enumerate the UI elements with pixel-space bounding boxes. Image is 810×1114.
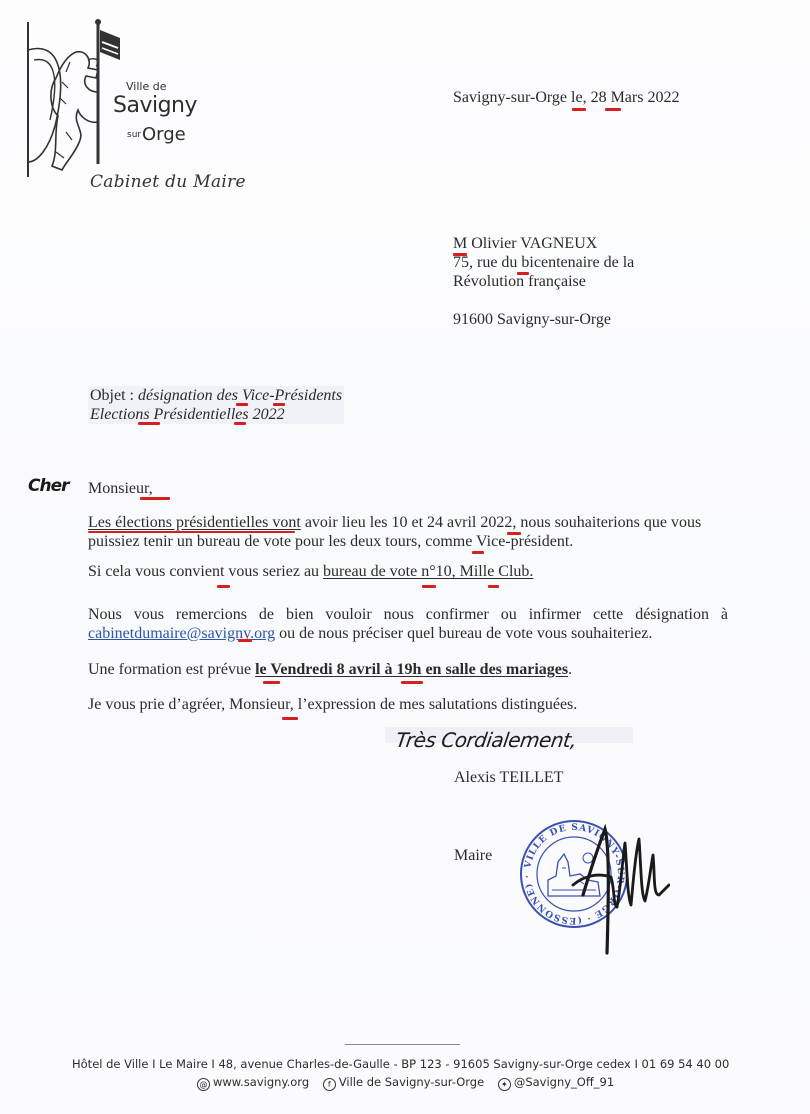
subject-line2: Elections Présidentielles 2022 xyxy=(90,405,342,424)
body-paragraph-2: Si cela vous convient vous seriez au bur… xyxy=(88,562,533,581)
date-line: Savigny-sur-Orge le, 28 Mars 2022 xyxy=(453,88,679,107)
handwritten-closing: Très Cordialement, xyxy=(394,728,578,752)
polling-station: bureau de vote n°10, Mille Club. xyxy=(323,563,533,580)
footer-contacts: @www.savigny.org fVille de Savigny-sur-O… xyxy=(197,1075,614,1091)
facebook-icon: f xyxy=(323,1078,336,1091)
signer-title: Maire xyxy=(454,846,492,865)
annotation-mark xyxy=(282,717,298,720)
logo-ville-de: Ville de xyxy=(126,80,166,93)
footer-website[interactable]: www.savigny.org xyxy=(213,1075,309,1089)
annotation-mark xyxy=(88,531,295,533)
department-heading: Cabinet du Maire xyxy=(90,172,246,192)
body-paragraph-4: Une formation est prévue le Vendredi 8 a… xyxy=(88,660,572,679)
signature-icon xyxy=(565,815,670,955)
annotation-mark xyxy=(517,272,529,275)
annotation-mark xyxy=(507,532,521,535)
annotation-mark xyxy=(140,497,170,500)
underlined-phrase: Les élections présidentielles vont xyxy=(88,514,301,531)
logo-orge: Orge xyxy=(142,124,186,145)
footer-facebook[interactable]: Ville de Savigny-sur-Orge xyxy=(339,1075,484,1089)
letter-page: Ville de Savigny sur Orge Cabinet du Mai… xyxy=(0,0,810,1114)
annotation-mark xyxy=(472,551,484,554)
logo-sur: sur xyxy=(127,130,141,140)
recipient-name: M Olivier VAGNEUX xyxy=(453,234,634,253)
body-paragraph-5: Je vous prie d’agréer, Monsieur, l’expre… xyxy=(88,695,577,714)
annotation-mark xyxy=(401,681,423,684)
recipient-address-line1: 75, rue du bicentenaire de la xyxy=(453,253,634,272)
annotation-mark xyxy=(217,585,230,588)
web-icon: @ xyxy=(197,1078,210,1091)
annotation-mark xyxy=(138,422,160,425)
annotation-mark xyxy=(238,639,252,642)
annotation-mark xyxy=(422,585,436,588)
annotation-mark xyxy=(234,422,246,425)
logo-savigny: Savigny xyxy=(113,93,197,118)
annotation-mark xyxy=(273,403,285,406)
footer-twitter[interactable]: @Savigny_Off_91 xyxy=(514,1075,614,1089)
annotation-mark xyxy=(236,403,248,406)
body-paragraph-3: Nous vous remercions de bien vouloir nou… xyxy=(88,605,728,643)
handwritten-greeting: Cher xyxy=(28,476,69,496)
subject-label: Objet : xyxy=(90,387,138,404)
recipient-city: 91600 Savigny-sur-Orge xyxy=(453,310,634,329)
salutation: Monsieur, xyxy=(88,479,153,498)
training-details: le Vendredi 8 avril à 19h en salle des m… xyxy=(255,661,568,678)
twitter-icon: ✦ xyxy=(498,1078,511,1091)
recipient-address-line2: Révolution française xyxy=(453,272,634,291)
annotation-mark xyxy=(263,681,280,684)
signer-name: Alexis TEILLET xyxy=(454,768,563,787)
recipient-address: M Olivier VAGNEUX 75, rue du bicentenair… xyxy=(453,234,634,329)
annotation-mark xyxy=(453,253,467,256)
subject-line1: désignation des Vice-Présidents xyxy=(138,387,342,404)
footer-divider xyxy=(345,1044,460,1045)
footer-address: Hôtel de Ville I Le Maire I 48, avenue C… xyxy=(72,1057,729,1071)
annotation-mark xyxy=(488,585,499,588)
subject-block: Objet : désignation des Vice-Présidents … xyxy=(88,386,344,424)
annotation-mark xyxy=(572,108,586,111)
annotation-mark xyxy=(605,108,621,111)
